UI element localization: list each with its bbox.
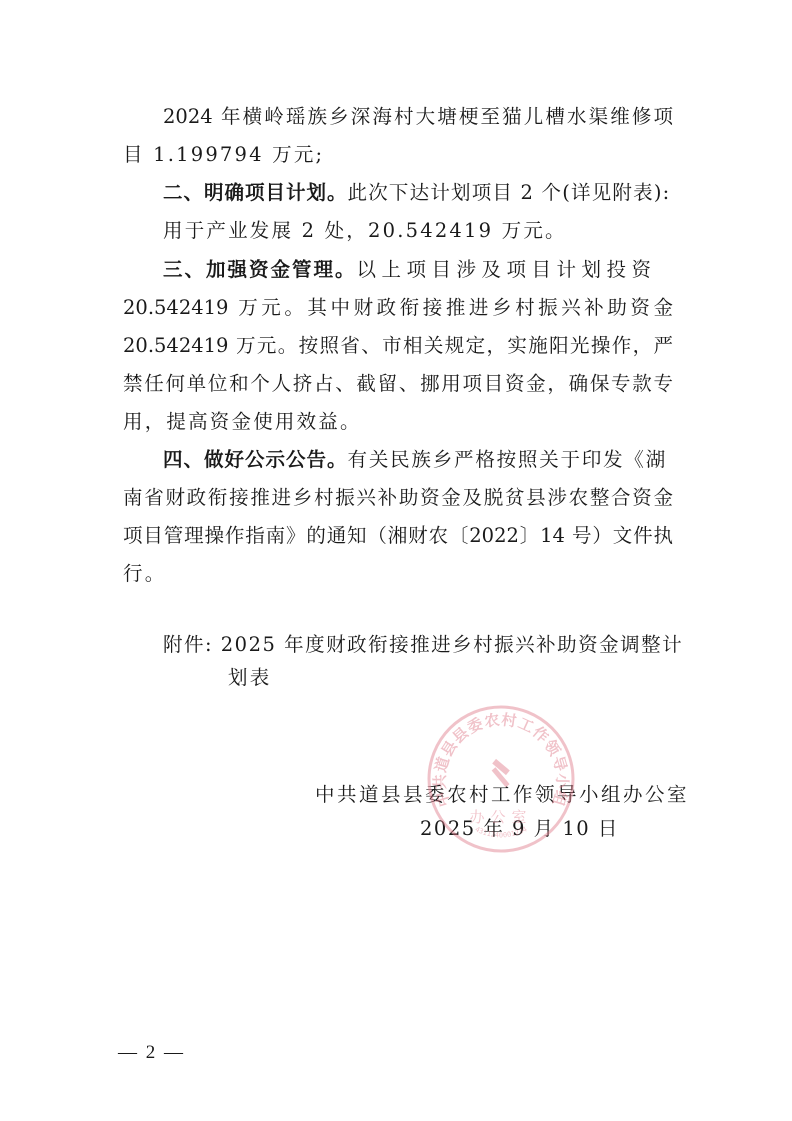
section2-heading: 二、明确项目计划。 (163, 181, 348, 204)
section3-line4: 禁任何单位和个人挤占、截留、挪用项目资金，确保专款专 (123, 365, 673, 403)
paragraph1-line1: 2024 年横岭瑶族乡深海村大塘梗至猫儿槽水渠维修项 (163, 98, 673, 136)
section2-line1: 二、明确项目计划。此次下达计划项目 2 个(详见附表): (163, 174, 673, 212)
paragraph1-line2: 目 1.199794 万元; (123, 136, 673, 174)
section4-heading: 四、做好公示公告。 (163, 448, 348, 471)
section2-line2: 用于产业发展 2 处，20.542419 万元。 (163, 212, 673, 250)
section4-line4: 行。 (123, 555, 673, 593)
section4-line1: 四、做好公示公告。有关民族乡严格按照关于印发《湖 (163, 441, 673, 479)
section3-line2: 20.542419 万元。其中财政衔接推进乡村振兴补助资金 (123, 289, 673, 327)
section3-text: 以上项目涉及项目计划投资 (357, 258, 657, 281)
section4-line3: 项目管理操作指南》的通知（湘财农〔2022〕14 号）文件执 (123, 517, 673, 555)
issue-date: 2025 年 9 月 10 日 (420, 810, 792, 848)
section3-line3: 20.542419 万元。按照省、市相关规定，实施阳光操作，严 (123, 327, 673, 365)
section4-line2: 南省财政衔接推进乡村振兴补助资金及脱贫县涉农整合资金 (123, 479, 673, 517)
attachment-line2: 划表 (228, 659, 778, 697)
issuer-signature: 中共道县县委农村工作领导小组办公室 (315, 776, 792, 814)
section3-heading: 三、加强资金管理。 (163, 258, 357, 281)
section4-text: 有关民族乡严格按照关于印发《湖 (348, 448, 668, 471)
page-number: — 2 — (118, 1038, 185, 1068)
section3-line1: 三、加强资金管理。以上项目涉及项目计划投资 (163, 251, 673, 289)
section3-line5: 用，提高资金使用效益。 (123, 403, 673, 441)
section2-text: 此次下达计划项目 2 个(详见附表): (348, 181, 671, 204)
